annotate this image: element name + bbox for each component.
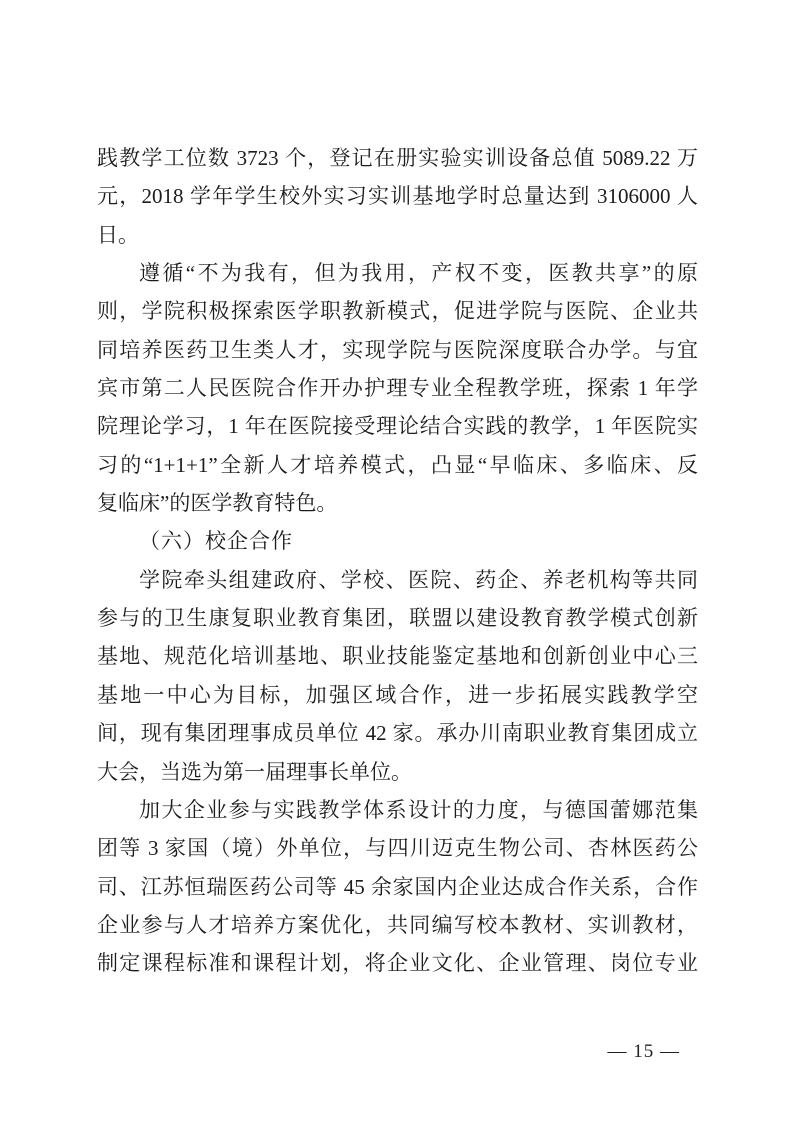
text-line: 元，2018 学年学生校外实习实训基地学时总量达到 3106000 人	[97, 177, 698, 215]
text-line: 间，现有集团理事成员单位 42 家。承办川南职业教育集团成立	[97, 714, 698, 752]
text-line: 宾市第二人民医院合作开办护理专业全程教学班，探索 1 年学	[97, 369, 698, 407]
text-line: 学院牵头组建政府、学校、医院、药企、养老机构等共同	[97, 561, 698, 599]
text-line: 遵循“不为我有，但为我用，产权不变，医教共享”的原	[97, 254, 698, 292]
text-line: 司、江苏恒瑞医药公司等 45 余家国内企业达成合作关系，合作	[97, 868, 698, 906]
text-line: 习的“1+1+1”全新人才培养模式，凸显“早临床、多临床、反	[97, 446, 698, 484]
text-line: 践教学工位数 3723 个，登记在册实验实训设备总值 5089.22 万	[97, 139, 698, 177]
text-line: 日。	[97, 216, 698, 254]
page-number: — 15 —	[608, 1041, 681, 1063]
text-line: 院理论学习，1 年在医院接受理论结合实践的教学，1 年医院实	[97, 407, 698, 445]
text-line: 大会，当选为第一届理事长单位。	[97, 753, 698, 791]
document-page: 践教学工位数 3723 个，登记在册实验实训设备总值 5089.22 万 元，2…	[0, 0, 793, 1122]
text-line: 则，学院积极探索医学职教新模式，促进学院与医院、企业共	[97, 292, 698, 330]
text-line: 制定课程标准和课程计划，将企业文化、企业管理、岗位专业	[97, 944, 698, 982]
text-line: 参与的卫生康复职业教育集团，联盟以建设教育教学模式创新	[97, 599, 698, 637]
text-line: 同培养医药卫生类人才，实现学院与医院深度联合办学。与宜	[97, 331, 698, 369]
section-heading: （六）校企合作	[97, 522, 698, 560]
document-body: 践教学工位数 3723 个，登记在册实验实训设备总值 5089.22 万 元，2…	[97, 139, 698, 983]
text-line: 加大企业参与实践教学体系设计的力度，与德国蕾娜范集	[97, 791, 698, 829]
text-line: 基地、规范化培训基地、职业技能鉴定基地和创新创业中心三	[97, 637, 698, 675]
text-line: 团等 3 家国（境）外单位，与四川迈克生物公司、杏林医药公	[97, 829, 698, 867]
text-line: 基地一中心为目标，加强区域合作，进一步拓展实践教学空	[97, 676, 698, 714]
text-line: 企业参与人才培养方案优化，共同编写校本教材、实训教材，	[97, 906, 698, 944]
text-line: 复临床”的医学教育特色。	[97, 484, 698, 522]
